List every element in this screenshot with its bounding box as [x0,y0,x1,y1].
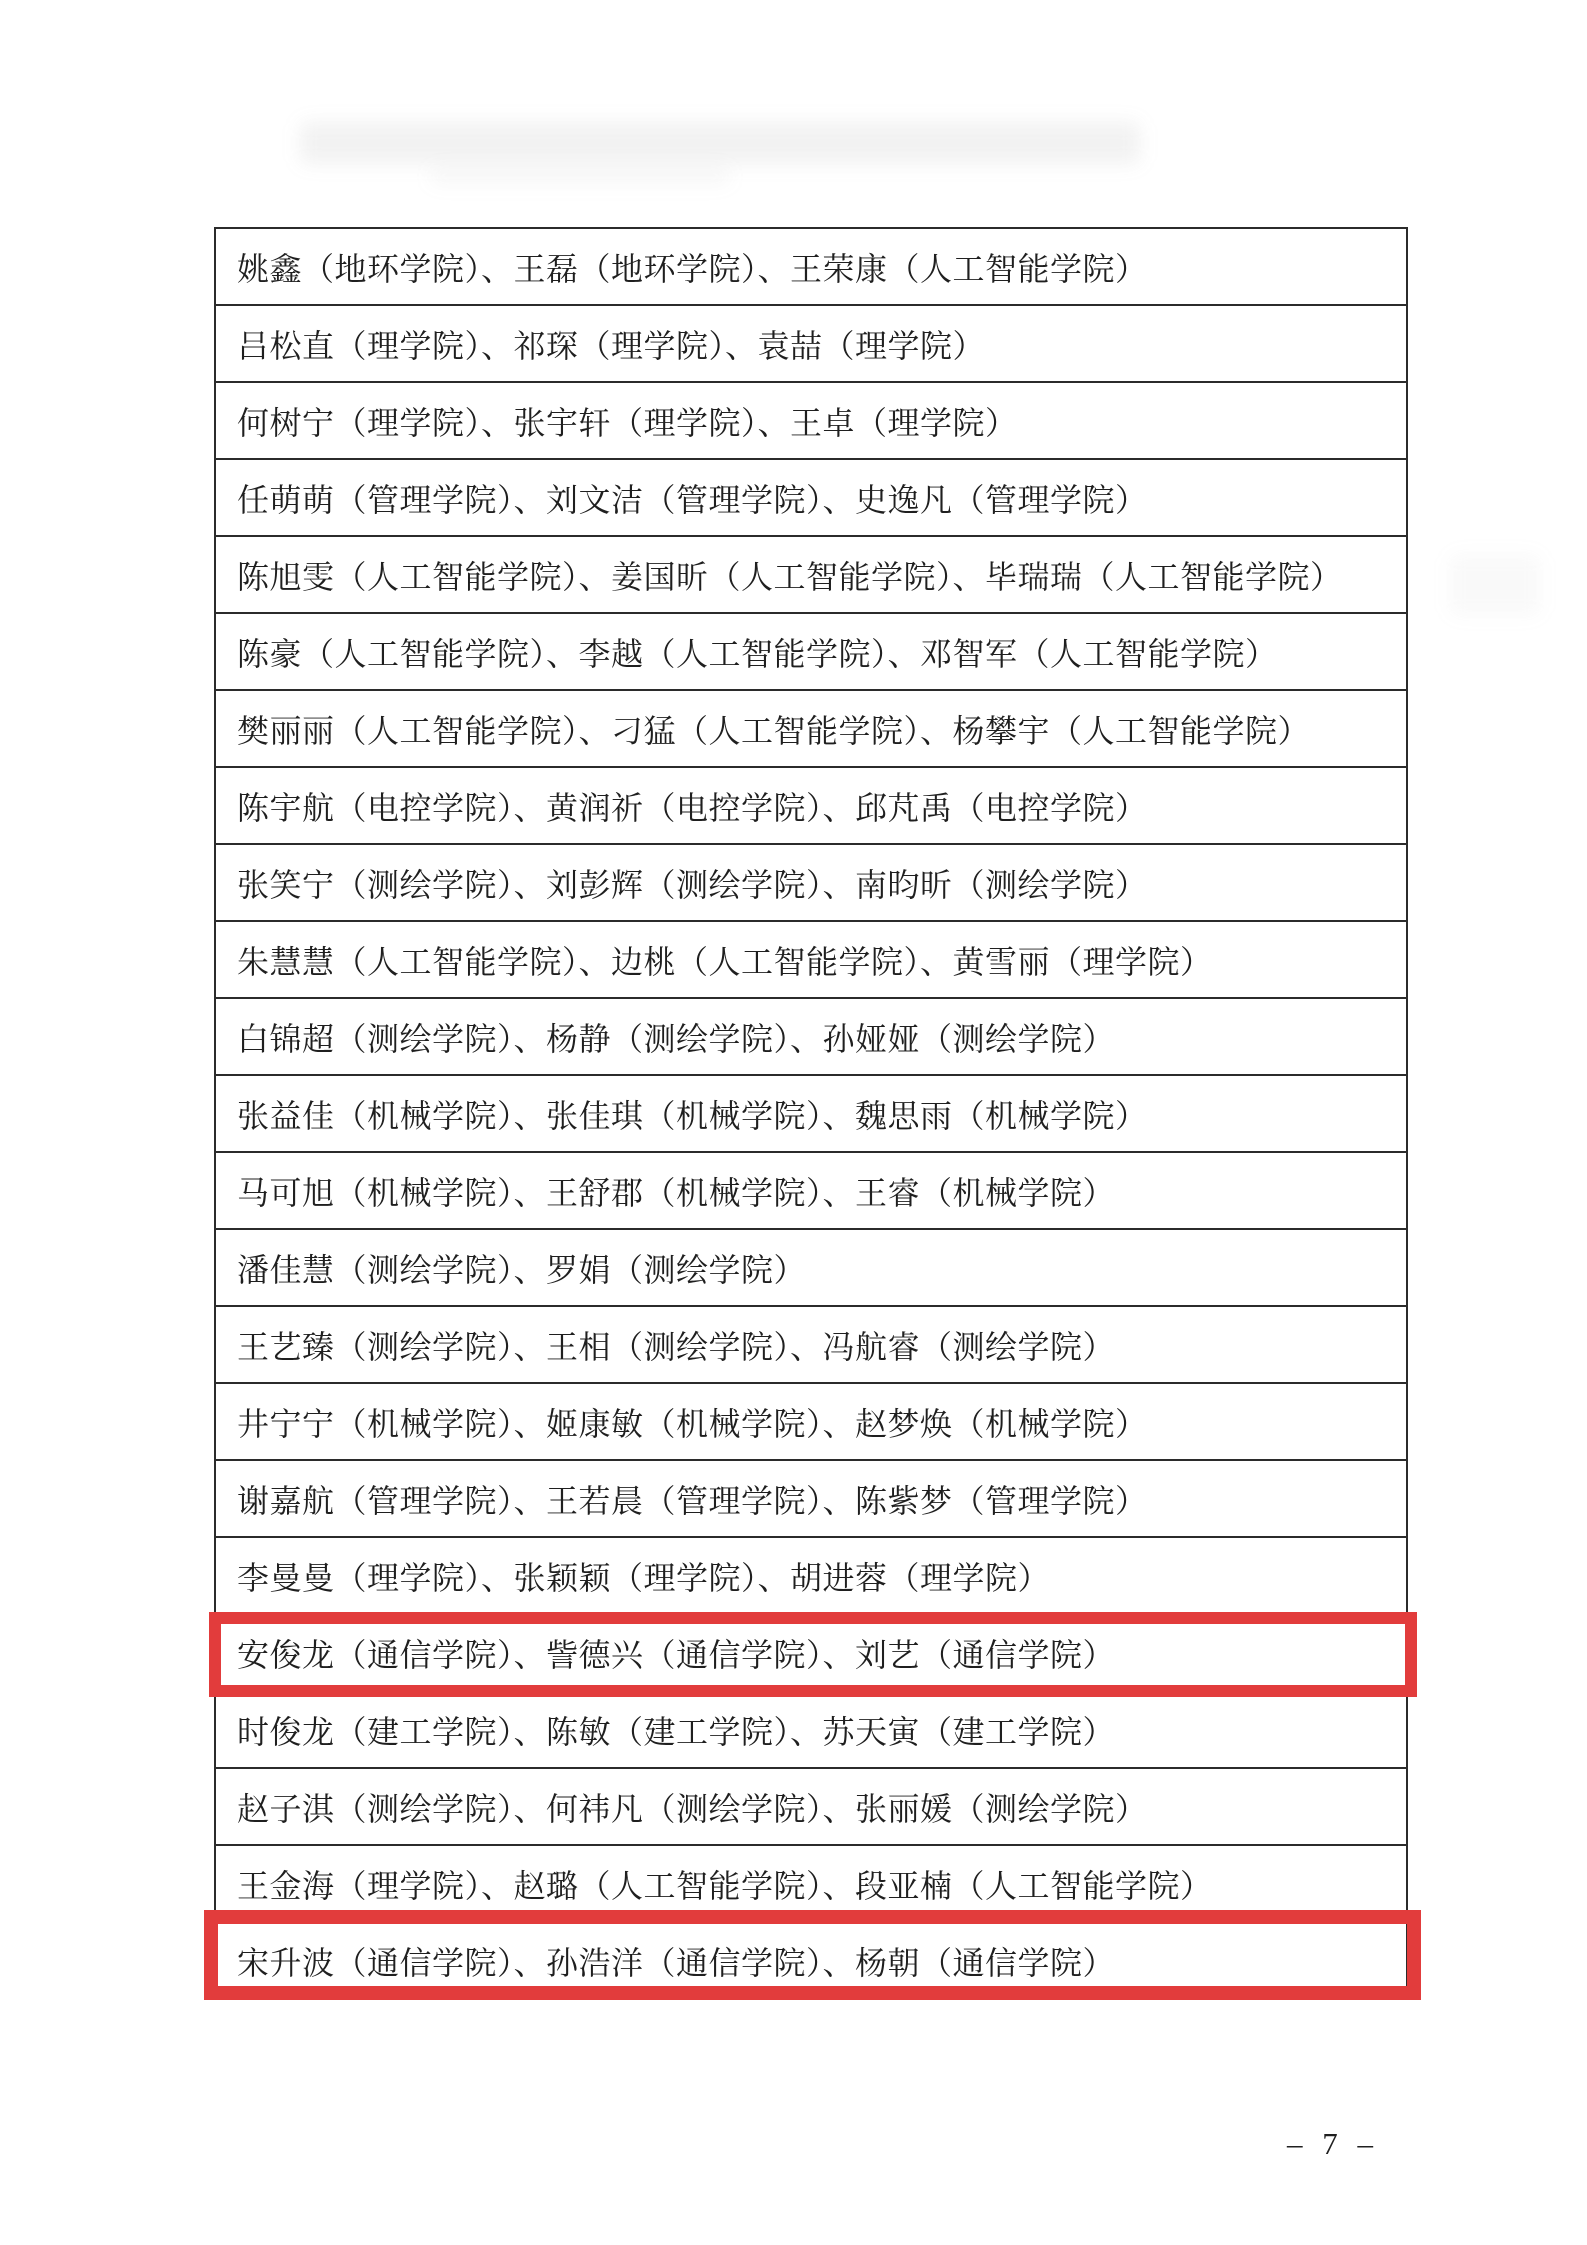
row-text: 任萌萌（管理学院）、刘文洁（管理学院）、史逸凡（管理学院） [237,475,1148,521]
row-text: 谢嘉航（管理学院）、王若晨（管理学院）、陈紫梦（管理学院） [237,1476,1148,1522]
table-row: 樊丽丽（人工智能学院）、刁猛（人工智能学院）、杨攀宇（人工智能学院） [216,691,1406,768]
table-row-highlighted: 安俊龙（通信学院）、訾德兴（通信学院）、刘艺（通信学院） [216,1615,1406,1692]
row-text: 潘佳慧（测绘学院）、罗娟（测绘学院） [237,1245,806,1291]
row-text: 陈豪（人工智能学院）、李越（人工智能学院）、邓智军（人工智能学院） [237,629,1278,675]
table-row: 姚鑫（地环学院）、王磊（地环学院）、王荣康（人工智能学院） [216,229,1406,306]
scan-smudge [430,168,730,184]
row-text: 朱慧慧（人工智能学院）、边桃（人工智能学院）、黄雪丽（理学院） [237,937,1213,983]
table-row: 朱慧慧（人工智能学院）、边桃（人工智能学院）、黄雪丽（理学院） [216,922,1406,999]
row-text: 赵子淇（测绘学院）、何祎凡（测绘学院）、张丽媛（测绘学院） [237,1784,1148,1830]
page-number: – 7 – [1287,2126,1379,2162]
row-text: 白锦超（测绘学院）、杨静（测绘学院）、孙娅娅（测绘学院） [237,1014,1115,1060]
row-text: 张益佳（机械学院）、张佳琪（机械学院）、魏思雨（机械学院） [237,1091,1148,1137]
table-row: 王金海（理学院）、赵璐（人工智能学院）、段亚楠（人工智能学院） [216,1846,1406,1923]
table-row: 张益佳（机械学院）、张佳琪（机械学院）、魏思雨（机械学院） [216,1076,1406,1153]
name-list-table: 姚鑫（地环学院）、王磊（地环学院）、王荣康（人工智能学院） 吕松直（理学院）、祁… [214,227,1408,2000]
row-text: 时俊龙（建工学院）、陈敏（建工学院）、苏天寅（建工学院） [237,1707,1115,1753]
table-row: 谢嘉航（管理学院）、王若晨（管理学院）、陈紫梦（管理学院） [216,1461,1406,1538]
row-text: 樊丽丽（人工智能学院）、刁猛（人工智能学院）、杨攀宇（人工智能学院） [237,706,1310,752]
scan-smudge [300,122,1140,164]
row-text: 井宁宁（机械学院）、姬康敏（机械学院）、赵梦焕（机械学院） [237,1399,1148,1445]
scan-smudge [1450,555,1540,615]
table-row: 王艺臻（测绘学院）、王相（测绘学院）、冯航睿（测绘学院） [216,1307,1406,1384]
table-row: 陈豪（人工智能学院）、李越（人工智能学院）、邓智军（人工智能学院） [216,614,1406,691]
row-text: 吕松直（理学院）、祁琛（理学院）、袁喆（理学院） [237,321,985,367]
row-text: 何树宁（理学院）、张宇轩（理学院）、王卓（理学院） [237,398,1018,444]
row-text: 王艺臻（测绘学院）、王相（测绘学院）、冯航睿（测绘学院） [237,1322,1115,1368]
table-row: 白锦超（测绘学院）、杨静（测绘学院）、孙娅娅（测绘学院） [216,999,1406,1076]
row-text: 陈宇航（电控学院）、黄润祈（电控学院）、邱芃禹（电控学院） [237,783,1148,829]
table-row: 李曼曼（理学院）、张颖颖（理学院）、胡进蓉（理学院） [216,1538,1406,1615]
row-text: 王金海（理学院）、赵璐（人工智能学院）、段亚楠（人工智能学院） [237,1861,1213,1907]
row-text: 陈旭雯（人工智能学院）、姜国昕（人工智能学院）、毕瑞瑞（人工智能学院） [237,552,1343,598]
table-row: 陈宇航（电控学院）、黄润祈（电控学院）、邱芃禹（电控学院） [216,768,1406,845]
row-text: 马可旭（机械学院）、王舒郡（机械学院）、王睿（机械学院） [237,1168,1115,1214]
table-row-highlighted: 宋升波（通信学院）、孙浩洋（通信学院）、杨朝（通信学院） [216,1923,1406,1998]
table-row: 潘佳慧（测绘学院）、罗娟（测绘学院） [216,1230,1406,1307]
table-row: 赵子淇（测绘学院）、何祎凡（测绘学院）、张丽媛（测绘学院） [216,1769,1406,1846]
table-row: 马可旭（机械学院）、王舒郡（机械学院）、王睿（机械学院） [216,1153,1406,1230]
table-row: 陈旭雯（人工智能学院）、姜国昕（人工智能学院）、毕瑞瑞（人工智能学院） [216,537,1406,614]
document-page: 姚鑫（地环学院）、王磊（地环学院）、王荣康（人工智能学院） 吕松直（理学院）、祁… [0,0,1587,2245]
table-row: 井宁宁（机械学院）、姬康敏（机械学院）、赵梦焕（机械学院） [216,1384,1406,1461]
table-row: 时俊龙（建工学院）、陈敏（建工学院）、苏天寅（建工学院） [216,1692,1406,1769]
table-row: 任萌萌（管理学院）、刘文洁（管理学院）、史逸凡（管理学院） [216,460,1406,537]
row-text: 李曼曼（理学院）、张颖颖（理学院）、胡进蓉（理学院） [237,1553,1050,1599]
row-text: 张笑宁（测绘学院）、刘彭辉（测绘学院）、南昀昕（测绘学院） [237,860,1148,906]
row-text: 安俊龙（通信学院）、訾德兴（通信学院）、刘艺（通信学院） [237,1630,1115,1676]
row-text: 姚鑫（地环学院）、王磊（地环学院）、王荣康（人工智能学院） [237,244,1148,290]
table-row: 吕松直（理学院）、祁琛（理学院）、袁喆（理学院） [216,306,1406,383]
table-row: 张笑宁（测绘学院）、刘彭辉（测绘学院）、南昀昕（测绘学院） [216,845,1406,922]
table-row: 何树宁（理学院）、张宇轩（理学院）、王卓（理学院） [216,383,1406,460]
row-text: 宋升波（通信学院）、孙浩洋（通信学院）、杨朝（通信学院） [237,1938,1115,1984]
